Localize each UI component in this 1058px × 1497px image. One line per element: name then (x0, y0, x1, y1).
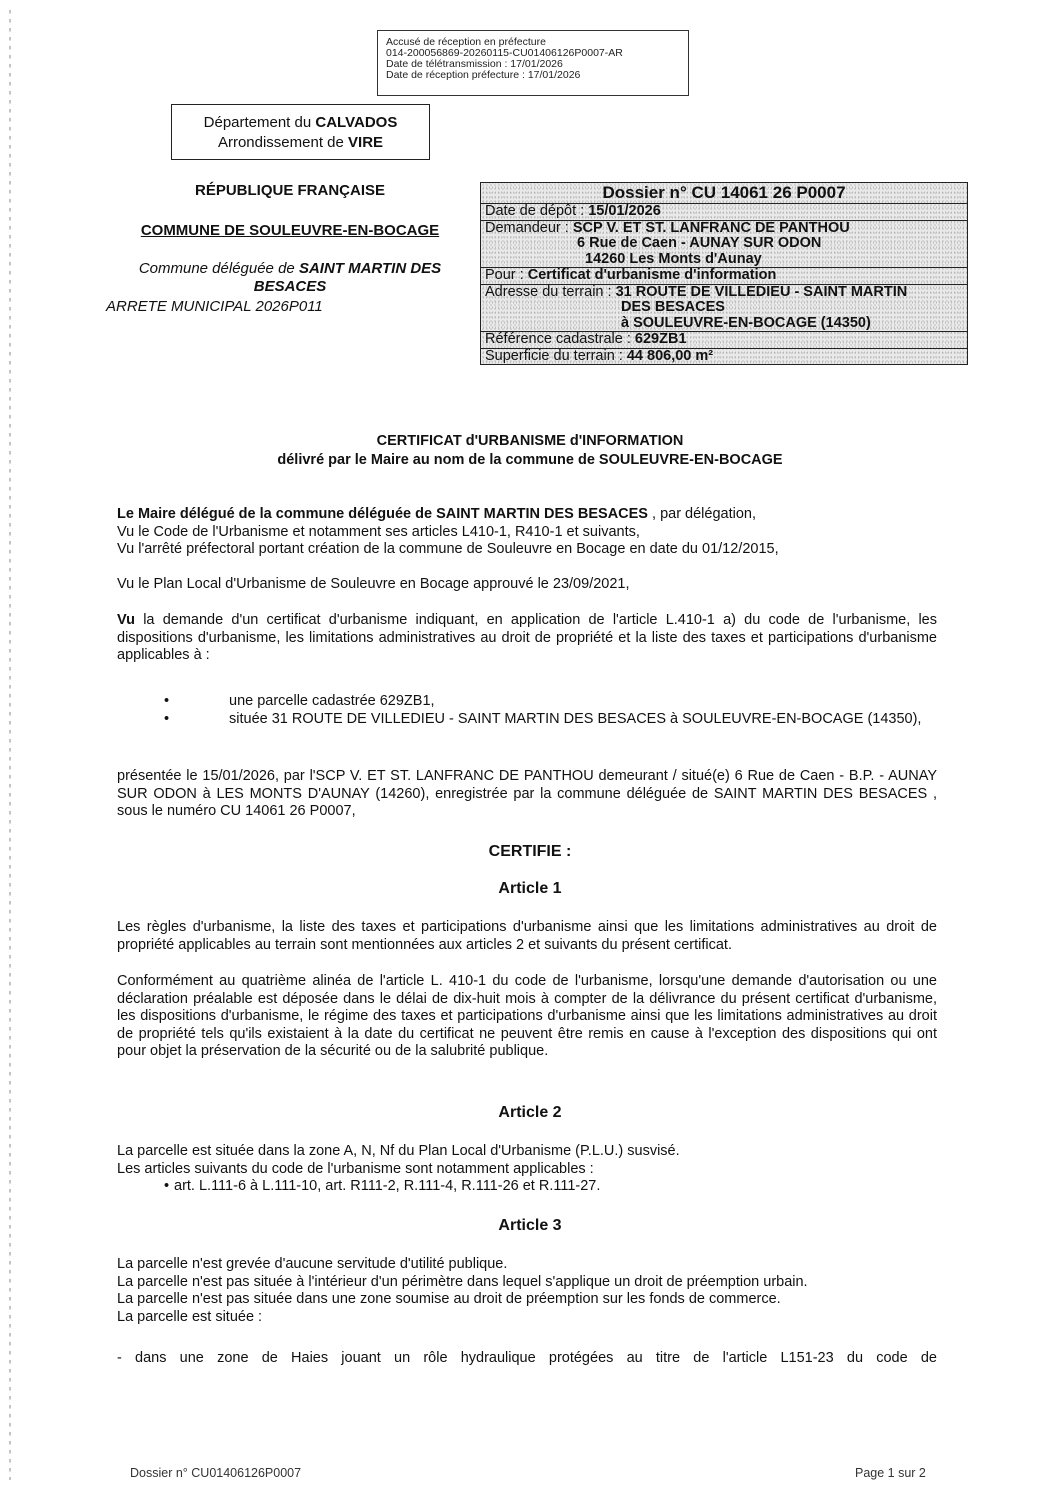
footer-dossier: Dossier n° CU01406126P0007 (130, 1466, 301, 1480)
article-1-paragraph-2: Conformément au quatrième alinéa de l'ar… (117, 973, 937, 1061)
presentee-paragraph: présentée le 15/01/2026, par l'SCP V. ET… (117, 768, 937, 821)
department-box: Département du CALVADOS Arrondissement d… (171, 104, 430, 160)
list-item: •une parcelle cadastrée 629ZB1, (117, 693, 937, 711)
arrete-number: ARRETE MUNICIPAL 2026P011 (106, 298, 323, 315)
certificate-title: CERTIFICAT d'URBANISME d'INFORMATION dél… (110, 432, 950, 470)
scan-artifact-line (9, 10, 11, 1480)
commune-deleguee: Commune déléguée de SAINT MARTIN DES BES… (110, 260, 470, 296)
list-item: •située 31 ROUTE DE VILLEDIEU - SAINT MA… (117, 711, 937, 729)
article-3-heading: Article 3 (110, 1217, 950, 1235)
arrondissement-line: Arrondissement de VIRE (172, 133, 429, 153)
dossier-summary-table: Dossier n° CU 14061 26 P0007 Date de dép… (480, 182, 968, 365)
certifie-heading: CERTIFIE : (110, 843, 950, 861)
article-2-heading: Article 2 (110, 1104, 950, 1122)
article-3-trailing: - dans une zone de Haies jouant un rôle … (117, 1350, 937, 1368)
pour-row: Pour : Certificat d'urbanisme d'informat… (481, 267, 967, 284)
preamble-block: Le Maire délégué de la commune déléguée … (117, 506, 937, 559)
reference-cadastrale-row: Référence cadastrale : 629ZB1 (481, 331, 967, 348)
parcel-bullets: •une parcelle cadastrée 629ZB1, •située … (117, 693, 937, 728)
vu-arrete-line: Vu l'arrêté préfectoral portant création… (117, 541, 937, 559)
maire-line: Le Maire délégué de la commune déléguée … (117, 506, 937, 524)
dossier-title: Dossier n° CU 14061 26 P0007 (481, 183, 967, 203)
date-depot-row: Date de dépôt : 15/01/2026 (481, 203, 967, 220)
vu-plu-line: Vu le Plan Local d'Urbanisme de Souleuvr… (117, 576, 937, 594)
republique-heading: RÉPUBLIQUE FRANÇAISE (120, 182, 460, 199)
vu-code-line: Vu le Code de l'Urbanisme et notamment s… (117, 524, 937, 542)
vu-demande-paragraph: Vu la demande d'un certificat d'urbanism… (117, 612, 937, 665)
departement-line: Département du CALVADOS (172, 113, 429, 133)
article-3-body: La parcelle n'est grevée d'aucune servit… (117, 1256, 937, 1326)
footer-page-number: Page 1 sur 2 (855, 1466, 926, 1480)
stamp-line: Date de réception préfecture : 17/01/202… (386, 70, 688, 81)
article-1-paragraph-1: Les règles d'urbanisme, la liste des tax… (117, 919, 937, 954)
article-2-body: La parcelle est située dans la zone A, N… (117, 1143, 937, 1196)
adresse-row: Adresse du terrain : 31 ROUTE DE VILLEDI… (481, 284, 967, 332)
list-item: •art. L.111-6 à L.111-10, art. R111-2, R… (117, 1178, 937, 1196)
prefecture-receipt-stamp: Accusé de réception en préfecture 014-20… (377, 30, 689, 96)
article-1-heading: Article 1 (110, 880, 950, 898)
bullet-icon: • (164, 711, 169, 729)
bullet-icon: • (164, 693, 169, 711)
demandeur-row: Demandeur : SCP V. ET ST. LANFRANC DE PA… (481, 220, 967, 268)
commune-heading: COMMUNE DE SOULEUVRE-EN-BOCAGE (120, 222, 460, 239)
superficie-row: Superficie du terrain : 44 806,00 m² (481, 348, 967, 365)
